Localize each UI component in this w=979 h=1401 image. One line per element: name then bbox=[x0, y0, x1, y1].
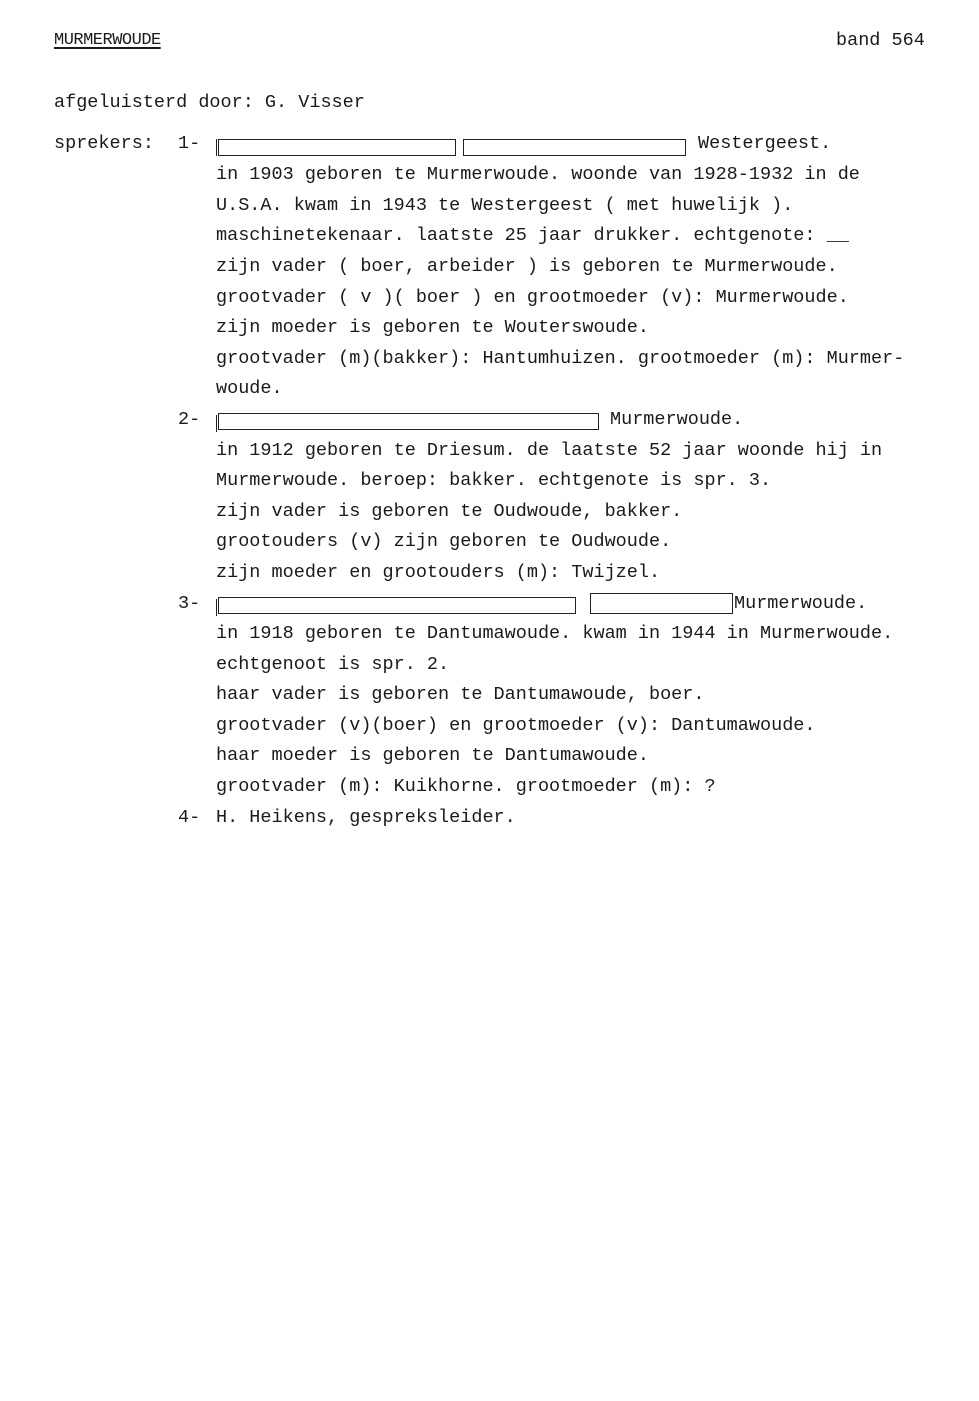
redacted-name-box bbox=[218, 139, 456, 156]
speaker-1-line: zijn vader ( boer, arbeider ) is geboren… bbox=[216, 256, 838, 278]
speaker-4-line: H. Heikens, gespreksleider. bbox=[216, 807, 516, 829]
redacted-name-box bbox=[218, 597, 576, 614]
redacted-address-box bbox=[463, 139, 686, 156]
band-number: band 564 bbox=[836, 30, 925, 52]
speaker-3-line: haar moeder is geboren te Dantumawoude. bbox=[216, 745, 649, 767]
speaker-1-line: zijn moeder is geboren te Wouterswoude. bbox=[216, 317, 649, 339]
speaker-1-line: grootvader ( v )( boer ) en grootmoeder … bbox=[216, 287, 849, 309]
speaker-2-line: zijn vader is geboren te Oudwoude, bakke… bbox=[216, 501, 682, 523]
speaker-1-place: Westergeest. bbox=[698, 133, 831, 155]
redacted-address-box bbox=[590, 593, 733, 614]
speaker-3-line: echtgenoot is spr. 2. bbox=[216, 654, 449, 676]
speaker-2-line: in 1912 geboren te Driesum. de laatste 5… bbox=[216, 440, 882, 462]
speaker-2-line: Murmerwoude. beroep: bakker. echtgenote … bbox=[216, 470, 771, 492]
speaker-3-line: grootvader (v)(boer) en grootmoeder (v):… bbox=[216, 715, 816, 737]
speaker-1-line: in 1903 geboren te Murmerwoude. woonde v… bbox=[216, 164, 860, 186]
speaker-3-line: in 1918 geboren te Dantumawoude. kwam in… bbox=[216, 623, 893, 645]
speaker-3-number: 3- bbox=[178, 593, 200, 615]
speaker-2-number: 2- bbox=[178, 409, 200, 431]
speaker-2-line: grootouders (v) zijn geboren te Oudwoude… bbox=[216, 531, 671, 553]
speaker-2-line: zijn moeder en grootouders (m): Twijzel. bbox=[216, 562, 660, 584]
speaker-1-line: grootvader (m)(bakker): Hantumhuizen. gr… bbox=[216, 348, 904, 370]
speaker-1-line: maschinetekenaar. laatste 25 jaar drukke… bbox=[216, 225, 849, 247]
speaker-4-number: 4- bbox=[178, 807, 200, 829]
speaker-1-number: 1- bbox=[178, 133, 200, 155]
speaker-3-line: grootvader (m): Kuikhorne. grootmoeder (… bbox=[216, 776, 716, 798]
speaker-1-line: U.S.A. kwam in 1943 te Westergeest ( met… bbox=[216, 195, 793, 217]
speaker-1-line: woude. bbox=[216, 378, 283, 400]
listened-by-line: afgeluisterd door: G. Visser bbox=[54, 92, 365, 114]
speaker-3-place: Murmerwoude. bbox=[734, 593, 867, 615]
speakers-label: sprekers: bbox=[54, 133, 154, 155]
speaker-2-place: Murmerwoude. bbox=[610, 409, 743, 431]
redacted-name-box bbox=[218, 413, 599, 430]
speaker-3-line: haar vader is geboren te Dantumawoude, b… bbox=[216, 684, 704, 706]
location-title: MURMERWOUDE bbox=[54, 30, 161, 52]
